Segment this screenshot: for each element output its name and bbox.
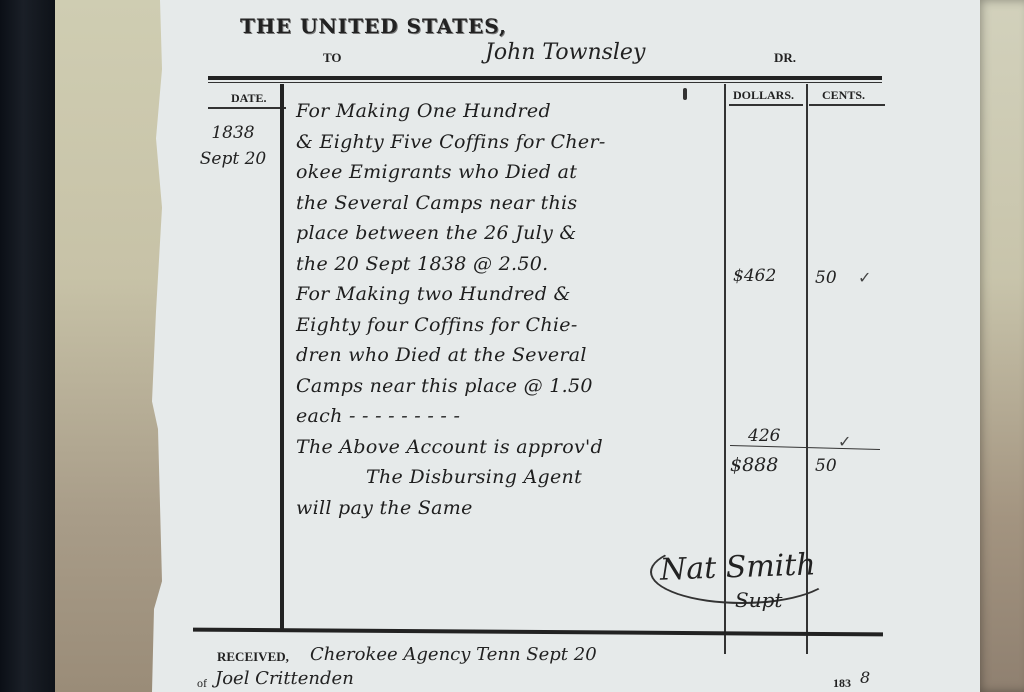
year-printed: 183 <box>833 676 851 691</box>
entry-2-line: each - - - - - - - - - <box>296 401 736 432</box>
entry-1-line: For Making One Hundred <box>296 96 736 127</box>
cents-header-underline <box>809 104 885 106</box>
entry-2-line: Eighty four Coffins for Chie- <box>296 310 736 341</box>
header-title: THE UNITED STATES, <box>240 14 507 38</box>
entry-2-line: dren who Died at the Several <box>296 340 736 371</box>
to-label: TO <box>323 50 342 66</box>
received-label: RECEIVED, <box>217 649 289 665</box>
background-mat-right <box>975 0 1024 692</box>
column-header-dollars: DOLLARS. <box>733 88 794 103</box>
dollars-header-underline <box>729 104 803 106</box>
entry-1-line: okee Emigrants who Died at <box>296 157 736 188</box>
entry-1-line: the 20 Sept 1838 @ 2.50. <box>296 249 736 280</box>
column-header-cents: CENTS. <box>822 88 865 103</box>
entry-1-dollars: $462 <box>733 266 776 286</box>
ink-blot <box>683 88 687 100</box>
received-from: Joel Crittenden <box>215 668 354 689</box>
approval-line: The Disbursing Agent <box>296 462 736 493</box>
dr-label: DR. <box>774 50 796 66</box>
total-dollars: $888 <box>730 454 778 476</box>
entry-2-dollars: 426 <box>748 426 780 446</box>
entry-1-line: the Several Camps near this <box>296 188 736 219</box>
display-frame <box>0 0 58 692</box>
check-mark-icon: ✓ <box>858 268 871 288</box>
entry-description: For Making One Hundred & Eighty Five Cof… <box>296 96 736 523</box>
payee-name: John Townsley <box>485 40 645 65</box>
entry-1-cents: 50 <box>815 268 837 288</box>
approval-line: will pay the Same <box>296 493 736 524</box>
entry-1-line: & Eighty Five Coffins for Cher- <box>296 127 736 158</box>
approval-line: The Above Account is approv'd <box>296 432 736 463</box>
year-handwritten: 8 <box>860 668 870 687</box>
received-place-date: Cherokee Agency Tenn Sept 20 <box>310 644 597 665</box>
top-rule-thin <box>208 82 882 83</box>
date-header-underline <box>208 107 286 109</box>
entry-2-line: Camps near this place @ 1.50 <box>296 371 736 402</box>
column-header-date: DATE. <box>231 91 266 106</box>
entry-1-line: place between the 26 July & <box>296 218 736 249</box>
signature-title: Supt <box>735 588 782 612</box>
of-label: of <box>197 676 207 691</box>
top-rule <box>208 76 882 80</box>
total-cents: 50 <box>815 456 837 476</box>
entry-date: 1838 Sept 20 <box>193 120 273 172</box>
entry-date-year: 1838 <box>193 120 273 146</box>
entry-2-line: For Making two Hundred & <box>296 279 736 310</box>
entry-date-day: Sept 20 <box>193 146 273 172</box>
date-column-divider <box>280 84 284 630</box>
signature-name: Nat Smith <box>659 547 816 587</box>
